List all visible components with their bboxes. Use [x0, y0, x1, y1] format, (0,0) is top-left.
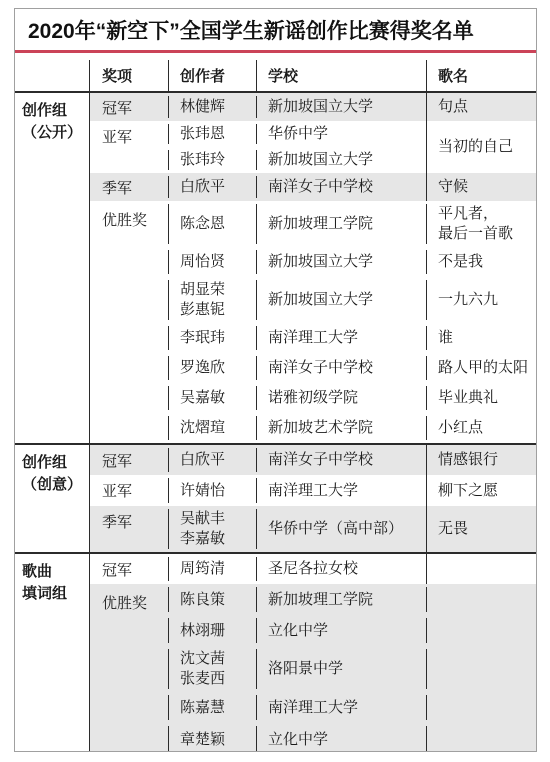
table-row: 李珉玮 南洋理工大学 谁	[168, 323, 536, 353]
school-cell: 圣尼各拉女校	[256, 557, 426, 581]
award-row-third: 季军 吴献丰李嘉敏 华侨中学（高中部） 无畏	[89, 506, 536, 552]
award-row-third: 季军 白欣平 南洋女子中学校 守候	[89, 173, 536, 201]
school-cell: 南洋理工大学	[256, 695, 426, 720]
school-cell: 新加坡艺术学院	[256, 416, 426, 440]
table-row: 陈嘉慧 南洋理工大学	[168, 692, 536, 723]
col-header-song: 歌名	[426, 60, 536, 91]
section-creation-open: 创作组 （公开） 冠军 林健辉 新加坡国立大学 句点 亚军	[15, 93, 536, 443]
creator-cell: 陈念恩	[168, 204, 256, 244]
creator-cell: 许婧怡	[168, 478, 256, 503]
school-cell: 新加坡国立大学	[256, 150, 426, 170]
col-header-award: 奖项	[89, 60, 168, 91]
award-cell: 冠军	[89, 554, 168, 584]
creator-cell: 吴献丰李嘉敏	[168, 509, 256, 549]
award-cell: 冠军	[89, 93, 168, 121]
table-row: 沈熠瑄 新加坡艺术学院 小红点	[168, 413, 536, 443]
table-header-row: 奖项 创作者 学校 歌名	[15, 60, 536, 93]
page: 2020年“新空下”全国学生新谣创作比赛得奖名单 奖项 创作者 学校 歌名 创作…	[0, 0, 550, 762]
creator-cell: 胡显荣彭惠铌	[168, 280, 256, 320]
award-row-merit: 优胜奖 陈良策 新加坡理工学院 林翊珊 立化中学	[89, 584, 536, 751]
table-row: 张玮恩 华侨中学	[168, 121, 426, 147]
creator-cell: 吴嘉敏	[168, 386, 256, 410]
song-cell: 当初的自己	[426, 121, 536, 173]
song-cell	[426, 649, 536, 689]
creator-cell: 沈熠瑄	[168, 416, 256, 440]
table-row: 罗逸欣 南洋女子中学校 路人甲的太阳	[168, 353, 536, 383]
col-header-group-spacer	[15, 60, 89, 91]
school-cell: 南洋女子中学校	[256, 356, 426, 380]
creator-cell: 白欣平	[168, 448, 256, 472]
section-rows: 冠军 林健辉 新加坡国立大学 句点 亚军 张玮恩 华侨中学	[89, 93, 536, 443]
table-row: 陈良策 新加坡理工学院	[168, 584, 536, 615]
school-cell: 新加坡理工学院	[256, 587, 426, 612]
award-row-merit: 优胜奖 陈念恩 新加坡理工学院 平凡者，最后一首歌 周怡贤 新加坡国立大学 不是…	[89, 201, 536, 443]
song-cell: 无畏	[426, 506, 536, 552]
school-cell: 南洋理工大学	[256, 478, 426, 503]
creator-cell: 林翊珊	[168, 618, 256, 643]
song-cell: 情感银行	[426, 445, 536, 475]
section-rows: 冠军 白欣平 南洋女子中学校 情感银行 亚军 许婧怡 南洋理工大学	[89, 445, 536, 552]
group-label-line1: 歌曲	[22, 561, 89, 583]
song-cell: 小红点	[426, 416, 536, 440]
song-cell: 句点	[426, 93, 536, 121]
table-row: 吴献丰李嘉敏 华侨中学（高中部）	[168, 506, 426, 552]
song-cell: 平凡者，最后一首歌	[426, 204, 536, 244]
table-row: 吴嘉敏 诺雅初级学院 毕业典礼	[168, 383, 536, 413]
table-row: 周怡贤 新加坡国立大学 不是我	[168, 247, 536, 277]
creator-cell: 周怡贤	[168, 250, 256, 274]
table-row: 陈念恩 新加坡理工学院 平凡者，最后一首歌	[168, 201, 536, 247]
song-cell: 谁	[426, 326, 536, 350]
song-cell	[426, 618, 536, 643]
creator-cell: 沈文茜张麦西	[168, 649, 256, 689]
award-row-champion: 冠军 林健辉 新加坡国立大学 句点	[89, 93, 536, 121]
award-row-champion: 冠军 白欣平 南洋女子中学校 情感银行	[89, 445, 536, 475]
award-cell: 亚军	[89, 121, 168, 173]
school-cell: 南洋女子中学校	[256, 448, 426, 472]
school-cell: 立化中学	[256, 726, 426, 751]
creator-cell: 周筠清	[168, 557, 256, 581]
group-label-line1: 创作组	[22, 100, 89, 122]
school-cell: 南洋女子中学校	[256, 176, 426, 198]
group-label-line1: 创作组	[22, 452, 89, 474]
col-header-school: 学校	[256, 60, 426, 91]
table-row: 沈文茜张麦西 洛阳景中学	[168, 646, 536, 692]
group-label-creation-open: 创作组 （公开）	[15, 93, 89, 443]
song-cell: 柳下之愿	[426, 475, 536, 506]
awards-table: 奖项 创作者 学校 歌名 创作组 （公开） 冠军 林健辉 新加坡国立大学	[15, 53, 536, 751]
song-cell: 毕业典礼	[426, 386, 536, 410]
award-row-runnerup: 亚军 许婧怡 南洋理工大学 柳下之愿	[89, 475, 536, 506]
song-cell	[426, 554, 536, 584]
school-cell: 立化中学	[256, 618, 426, 643]
section-rows: 冠军 周筠清 圣尼各拉女校 优胜奖 陈良策 新加坡理工学院	[89, 554, 536, 751]
group-label-lyrics: 歌曲 填词组	[15, 554, 89, 751]
award-cell: 季军	[89, 173, 168, 201]
table-row: 白欣平 南洋女子中学校	[168, 173, 426, 201]
group-label-creation-creative: 创作组 （创意）	[15, 445, 89, 552]
creator-cell: 陈嘉慧	[168, 695, 256, 720]
song-cell	[426, 587, 536, 612]
table-row: 章楚颖 立化中学	[168, 723, 536, 751]
school-cell: 华侨中学（高中部）	[256, 509, 426, 549]
creator-cell: 陈良策	[168, 587, 256, 612]
table-row: 林健辉 新加坡国立大学	[168, 93, 426, 121]
creator-cell: 白欣平	[168, 176, 256, 198]
song-cell: 不是我	[426, 250, 536, 274]
table-row: 白欣平 南洋女子中学校	[168, 445, 426, 475]
award-cell: 冠军	[89, 445, 168, 475]
award-cell: 亚军	[89, 475, 168, 506]
creator-cell: 张玮玲	[168, 150, 256, 170]
song-cell: 路人甲的太阳	[426, 356, 536, 380]
table-row: 林翊珊 立化中学	[168, 615, 536, 646]
table-row: 周筠清 圣尼各拉女校	[168, 554, 426, 584]
col-header-creator: 创作者	[168, 60, 256, 91]
school-cell: 新加坡国立大学	[256, 250, 426, 274]
group-label-line2: 填词组	[22, 583, 89, 605]
award-row-runnerup: 亚军 张玮恩 华侨中学 张玮玲 新加坡国立大学 当初的自己	[89, 121, 536, 173]
creator-cell: 李珉玮	[168, 326, 256, 350]
table-row: 许婧怡 南洋理工大学	[168, 475, 426, 506]
table-row: 胡显荣彭惠铌 新加坡国立大学 一九六九	[168, 277, 536, 323]
section-lyrics: 歌曲 填词组 冠军 周筠清 圣尼各拉女校 优胜奖	[15, 552, 536, 751]
group-label-line2: （公开）	[22, 122, 89, 144]
song-cell	[426, 726, 536, 751]
school-cell: 新加坡国立大学	[256, 280, 426, 320]
school-cell: 新加坡国立大学	[256, 96, 426, 118]
award-cell: 优胜奖	[89, 201, 168, 443]
award-list-card: 2020年“新空下”全国学生新谣创作比赛得奖名单 奖项 创作者 学校 歌名 创作…	[14, 8, 537, 752]
group-label-line2: （创意）	[22, 474, 89, 496]
table-row: 张玮玲 新加坡国立大学	[168, 147, 426, 173]
school-cell: 华侨中学	[256, 124, 426, 144]
creator-cell: 林健辉	[168, 96, 256, 118]
school-cell: 诺雅初级学院	[256, 386, 426, 410]
school-cell: 南洋理工大学	[256, 326, 426, 350]
creator-cell: 罗逸欣	[168, 356, 256, 380]
award-cell: 优胜奖	[89, 584, 168, 751]
song-cell: 一九六九	[426, 280, 536, 320]
page-title: 2020年“新空下”全国学生新谣创作比赛得奖名单	[15, 9, 536, 50]
award-cell: 季军	[89, 506, 168, 552]
section-creation-creative: 创作组 （创意） 冠军 白欣平 南洋女子中学校 情感银行 亚军	[15, 443, 536, 552]
school-cell: 新加坡理工学院	[256, 204, 426, 244]
song-cell: 守候	[426, 173, 536, 201]
song-cell	[426, 695, 536, 720]
award-row-champion: 冠军 周筠清 圣尼各拉女校	[89, 554, 536, 584]
creator-cell: 章楚颖	[168, 726, 256, 751]
school-cell: 洛阳景中学	[256, 649, 426, 689]
creator-cell: 张玮恩	[168, 124, 256, 144]
